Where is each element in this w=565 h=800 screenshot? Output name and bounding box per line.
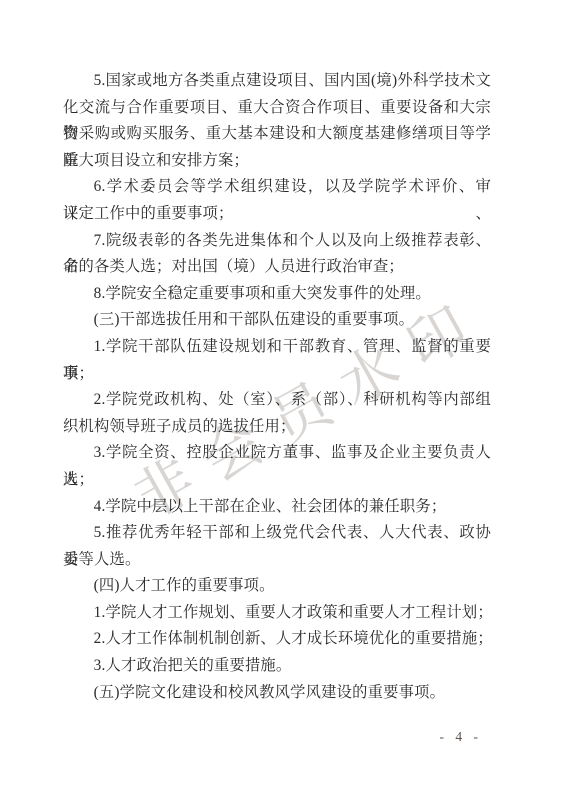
text-line: 重大项目设立和安排方案； [63,148,491,175]
text-line: 项； [63,361,491,388]
text-line: 5.推荐优秀年轻干部和上级党代会代表、人大代表、政协委 [63,520,491,547]
text-line: 5.国家或地方各类重点建设项目、国内国(境)外科学技术文 [63,68,491,95]
text-line: 1.学院干部队伍建设规划和干部教育、管理、监督的重要事 [63,334,491,361]
text-line: 8.学院安全稳定重要事项和重大突发事件的处理。 [63,281,491,308]
text-line: (四)人才工作的重要事项。 [63,573,491,600]
text-line: (五)学院文化建设和校风教风学风建设的重要事项。 [63,680,491,707]
text-line: (三)干部选拔任用和干部队伍建设的重要事项。 [63,307,491,334]
document-page: 非会员水印 5.国家或地方各类重点建设项目、国内国(境)外科学技术文化交流与合作… [0,0,565,800]
text-line: 2.人才工作体制机制创新、人才成长环境优化的重要措施； [63,626,491,653]
page-number: - 4 - [440,729,483,745]
text-line: 6.学术委员会等学术组织建设，以及学院学术评价、审议、 [63,174,491,201]
text-line: 选； [63,467,491,494]
text-line: 资采购或购买服务、重大基本建设和大额度基建修缮项目等学院 [63,121,491,148]
text-line: 3.学院全资、控股企业院方董事、监事及企业主要负责人人 [63,440,491,467]
document-body: 5.国家或地方各类重点建设项目、国内国(境)外科学技术文化交流与合作重要项目、重… [63,68,491,706]
text-line: 1.学院人才工作规划、重要人才政策和重要人才工程计划； [63,600,491,627]
text-line: 名的各类人选；对出国（境）人员进行政治审查； [63,254,491,281]
text-line: 7.院级表彰的各类先进集体和个人以及向上级推荐表彰、命 [63,228,491,255]
text-line: 2.学院党政机构、处（室）、系（部）、科研机构等内部组 [63,387,491,414]
text-line: 化交流与合作重要项目、重大合资合作项目、重要设备和大宗物 [63,95,491,122]
text-line: 员等人选。 [63,547,491,574]
text-line: 3.人才政治把关的重要措施。 [63,653,491,680]
text-line: 4.学院中层以上干部在企业、社会团体的兼任职务； [63,494,491,521]
text-line: 织机构领导班子成员的选拔任用； [63,414,491,441]
